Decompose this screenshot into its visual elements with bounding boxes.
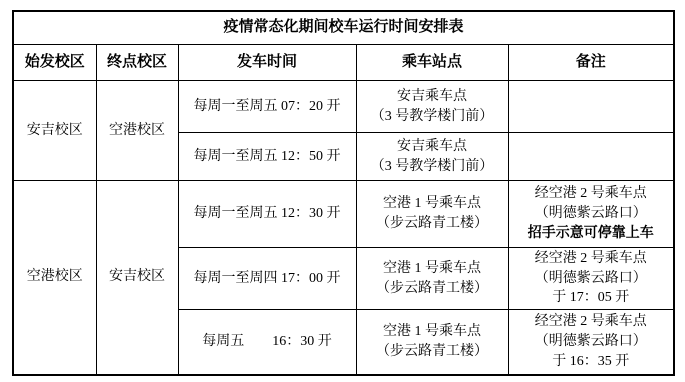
remark-line: （明德紫云路口） — [511, 332, 672, 352]
boarding-point-line: （3 号教学楼门前） — [359, 157, 506, 177]
boarding-point-line: （步云路青工楼） — [359, 279, 506, 299]
cell-departure-time: 每周一至周四 17：00 开 — [178, 248, 356, 310]
boarding-point-line: 安吉乘车点 — [359, 137, 506, 157]
header-departure-time: 发车时间 — [178, 45, 356, 81]
cell-boarding-point: 空港 1 号乘车点 （步云路青工楼） — [356, 310, 508, 375]
header-row: 始发校区 终点校区 发车时间 乘车站点 备注 — [13, 45, 674, 81]
remark-line: （明德紫云路口） — [511, 204, 672, 224]
cell-departure-time: 每周一至周五 07：20 开 — [178, 81, 356, 133]
boarding-point-line: （步云路青工楼） — [359, 342, 506, 362]
header-remark: 备注 — [508, 45, 674, 81]
cell-remark: 经空港 2 号乘车点 （明德紫云路口） 于 17：05 开 — [508, 248, 674, 310]
remark-line-bold: 招手示意可停靠上车 — [511, 224, 672, 244]
header-destination-campus: 终点校区 — [96, 45, 178, 81]
cell-boarding-point: 空港 1 号乘车点 （步云路青工楼） — [356, 181, 508, 248]
cell-remark: 经空港 2 号乘车点 （明德紫云路口） 于 16：35 开 — [508, 310, 674, 375]
cell-origin-campus: 安吉校区 — [13, 81, 96, 181]
table-title: 疫情常态化期间校车运行时间安排表 — [13, 11, 674, 45]
remark-line: 于 17：05 开 — [511, 288, 672, 308]
cell-remark-empty — [508, 81, 674, 133]
cell-destination-campus: 空港校区 — [96, 81, 178, 181]
cell-remark-empty — [508, 133, 674, 181]
boarding-point-line: 空港 1 号乘车点 — [359, 194, 506, 214]
cell-remark: 经空港 2 号乘车点 （明德紫云路口） 招手示意可停靠上车 — [508, 181, 674, 248]
cell-destination-campus: 安吉校区 — [96, 181, 178, 375]
document-page: 疫情常态化期间校车运行时间安排表 始发校区 终点校区 发车时间 乘车站点 备注 … — [0, 0, 685, 382]
title-row: 疫情常态化期间校车运行时间安排表 — [13, 11, 674, 45]
remark-line: （明德紫云路口） — [511, 269, 672, 289]
boarding-point-line: 空港 1 号乘车点 — [359, 322, 506, 342]
cell-departure-time: 每周一至周五 12：30 开 — [178, 181, 356, 248]
cell-origin-campus: 空港校区 — [13, 181, 96, 375]
boarding-point-line: 空港 1 号乘车点 — [359, 259, 506, 279]
boarding-point-line: 安吉乘车点 — [359, 87, 506, 107]
remark-line: 经空港 2 号乘车点 — [511, 184, 672, 204]
cell-boarding-point: 安吉乘车点 （3 号教学楼门前） — [356, 133, 508, 181]
boarding-point-line: （3 号教学楼门前） — [359, 107, 506, 127]
header-origin-campus: 始发校区 — [13, 45, 96, 81]
bus-schedule-table: 疫情常态化期间校车运行时间安排表 始发校区 终点校区 发车时间 乘车站点 备注 … — [12, 10, 675, 376]
boarding-point-line: （步云路青工楼） — [359, 214, 506, 234]
cell-departure-time: 每周一至周五 12：50 开 — [178, 133, 356, 181]
cell-departure-time: 每周五 16：30 开 — [178, 310, 356, 375]
remark-line: 于 16：35 开 — [511, 352, 672, 372]
remark-line: 经空港 2 号乘车点 — [511, 312, 672, 332]
cell-boarding-point: 安吉乘车点 （3 号教学楼门前） — [356, 81, 508, 133]
remark-line: 经空港 2 号乘车点 — [511, 249, 672, 269]
header-boarding-point: 乘车站点 — [356, 45, 508, 81]
table-row: 安吉校区 空港校区 每周一至周五 07：20 开 安吉乘车点 （3 号教学楼门前… — [13, 81, 674, 133]
cell-boarding-point: 空港 1 号乘车点 （步云路青工楼） — [356, 248, 508, 310]
table-row: 空港校区 安吉校区 每周一至周五 12：30 开 空港 1 号乘车点 （步云路青… — [13, 181, 674, 248]
